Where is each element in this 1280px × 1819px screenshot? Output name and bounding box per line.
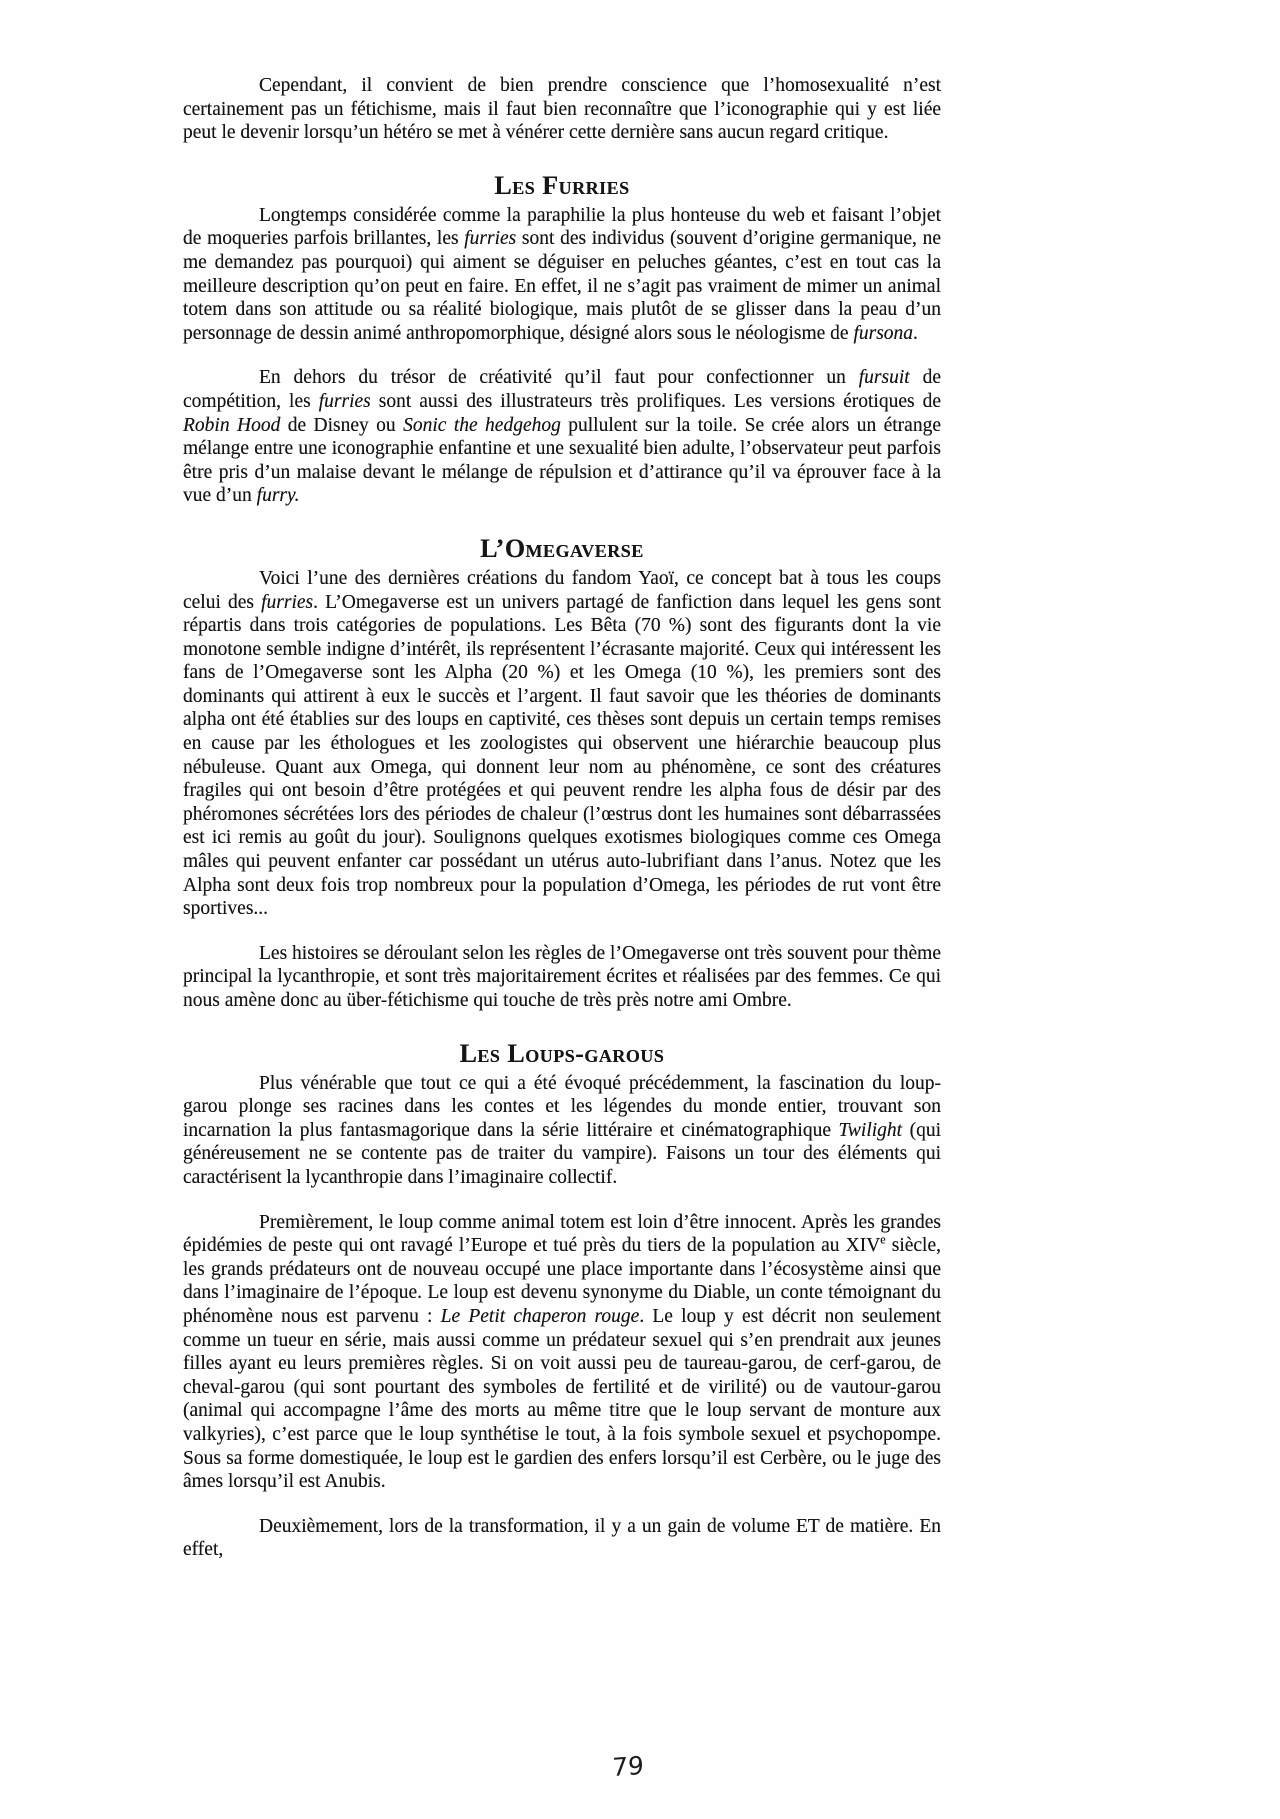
- heading-les-furries: Les Furries: [183, 171, 941, 201]
- paragraph-furries-1: Longtemps considérée comme la paraphilie…: [183, 204, 941, 346]
- paragraph-omegaverse-1: Voici l’une des dernières créations du f…: [183, 567, 941, 921]
- paragraph-intro: Cependant, il convient de bien prendre c…: [183, 74, 941, 145]
- document-page: Cependant, il convient de bien prendre c…: [0, 0, 1280, 1819]
- paragraph-omegaverse-2: Les histoires se déroulant selon les règ…: [183, 942, 941, 1013]
- heading-omegaverse: L’Omegaverse: [183, 534, 941, 564]
- page-number: 79: [612, 1751, 644, 1782]
- paragraph-furries-2: En dehors du trésor de créativité qu’il …: [183, 366, 941, 508]
- page-body: Cependant, il convient de bien prendre c…: [183, 74, 941, 1583]
- heading-les-loups-garous: Les Loups-garous: [183, 1039, 941, 1069]
- paragraph-loups-garous-3: Deuxièmement, lors de la transformation,…: [183, 1515, 941, 1562]
- paragraph-loups-garous-1: Plus vénérable que tout ce qui a été évo…: [183, 1072, 941, 1190]
- paragraph-loups-garous-2: Premièrement, le loup comme animal totem…: [183, 1211, 941, 1494]
